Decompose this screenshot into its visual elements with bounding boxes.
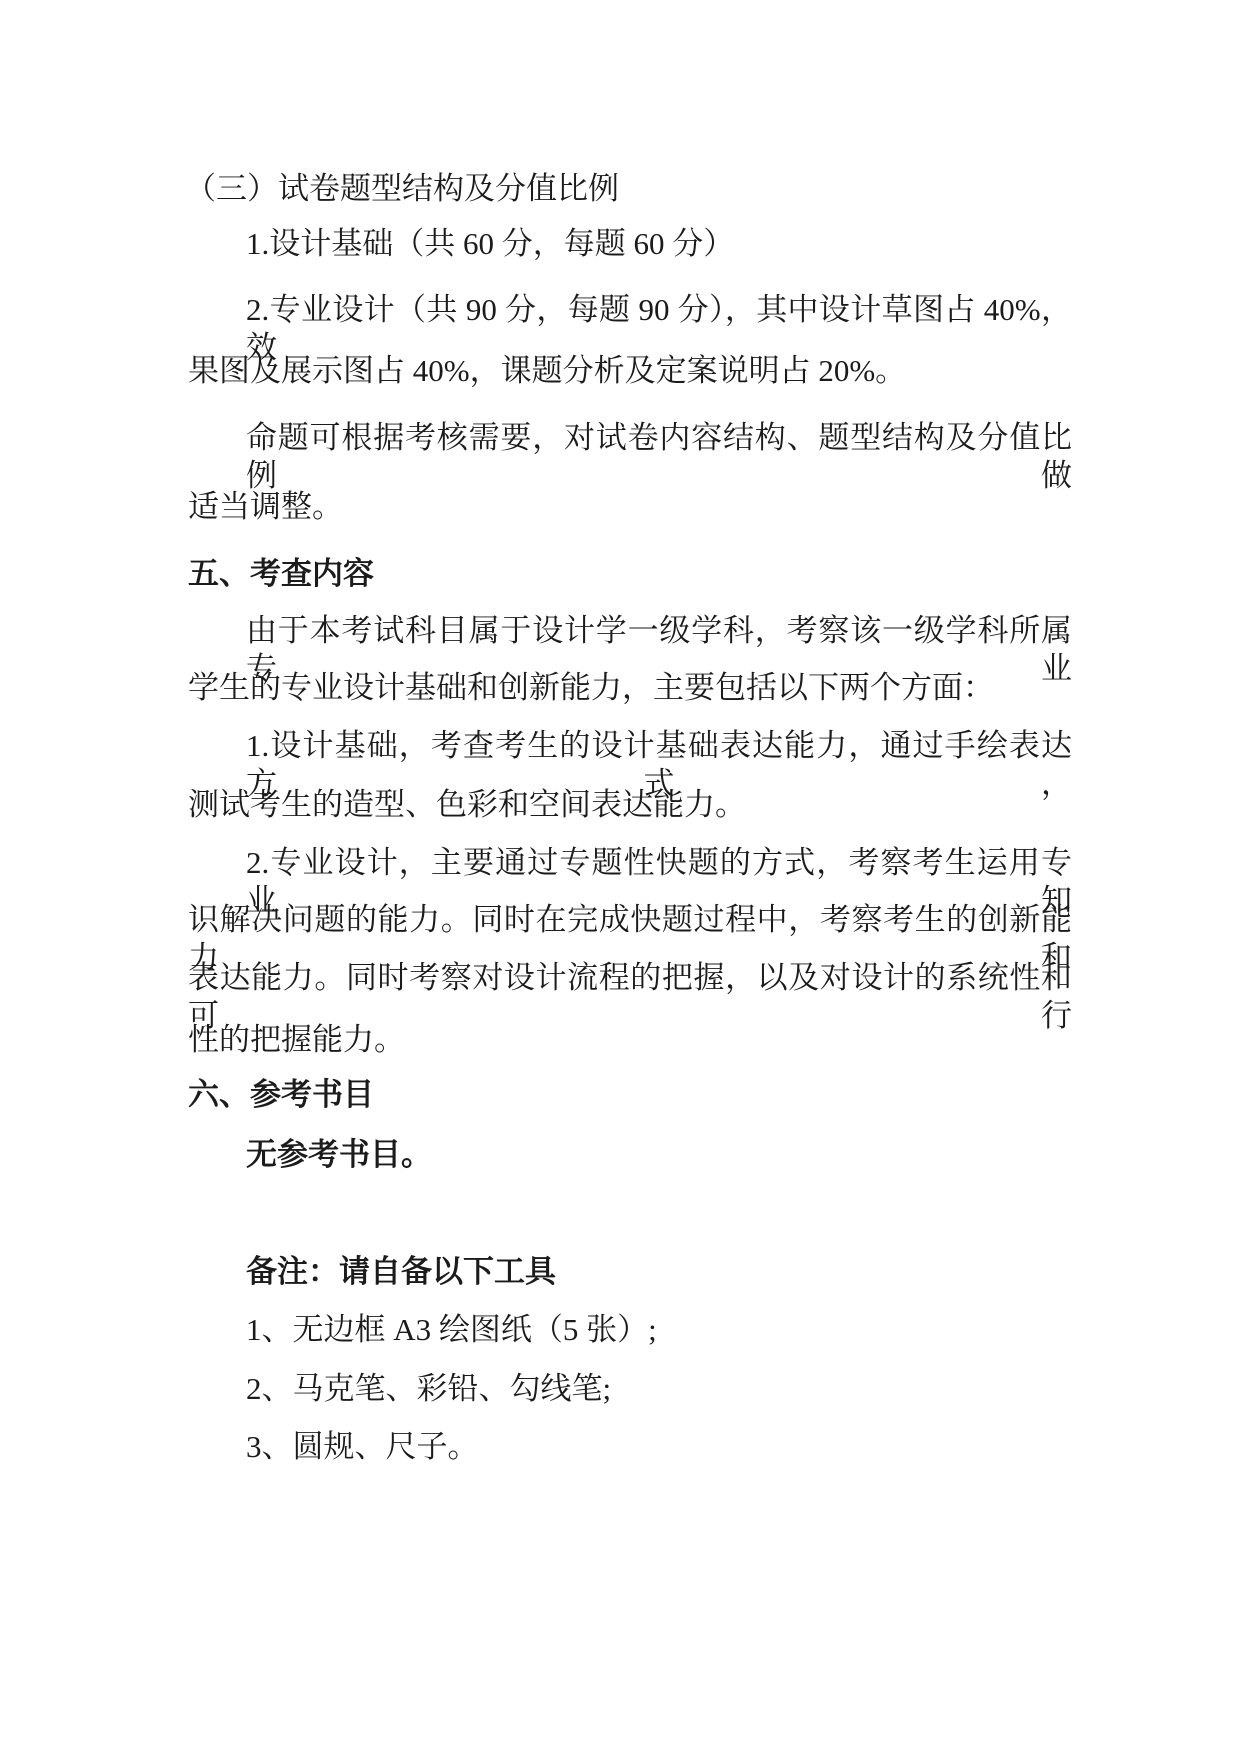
section-subheading-3: （三）试卷题型结构及分值比例 (185, 170, 619, 208)
no-reference-note: 无参考书目。 (246, 1136, 432, 1174)
paragraph-point-2-line-4: 性的把握能力。 (188, 1021, 405, 1059)
paragraph-item-2-line-2: 果图及展示图占 40%，课题分析及定案说明占 20%。 (188, 352, 906, 390)
tool-list-item-1: 1、无边框 A3 绘图纸（5 张）; (246, 1311, 657, 1349)
paragraph-adjust-line-1: 命题可根据考核需要，对试卷内容结构、题型结构及分值比例做 (246, 419, 1072, 495)
paragraph-item-1: 1.设计基础（共 60 分，每题 60 分） (246, 225, 734, 263)
section-heading-6: 六、参考书目 (188, 1076, 374, 1114)
remark-heading: 备注：请自备以下工具 (246, 1253, 556, 1291)
paragraph-intro-line-2: 学生的专业设计基础和创新能力，主要包括以下两个方面： (188, 669, 994, 707)
paragraph-adjust-line-2: 适当调整。 (188, 488, 343, 526)
document-page: （三）试卷题型结构及分值比例 1.设计基础（共 60 分，每题 60 分） 2.… (0, 0, 1240, 1754)
paragraph-point-1-line-2: 测试考生的造型、色彩和空间表达能力。 (188, 786, 746, 824)
tool-list-item-3: 3、圆规、尺子。 (246, 1428, 479, 1466)
tool-list-item-2: 2、马克笔、彩铅、勾线笔; (246, 1370, 611, 1408)
section-heading-5: 五、考查内容 (188, 555, 374, 593)
